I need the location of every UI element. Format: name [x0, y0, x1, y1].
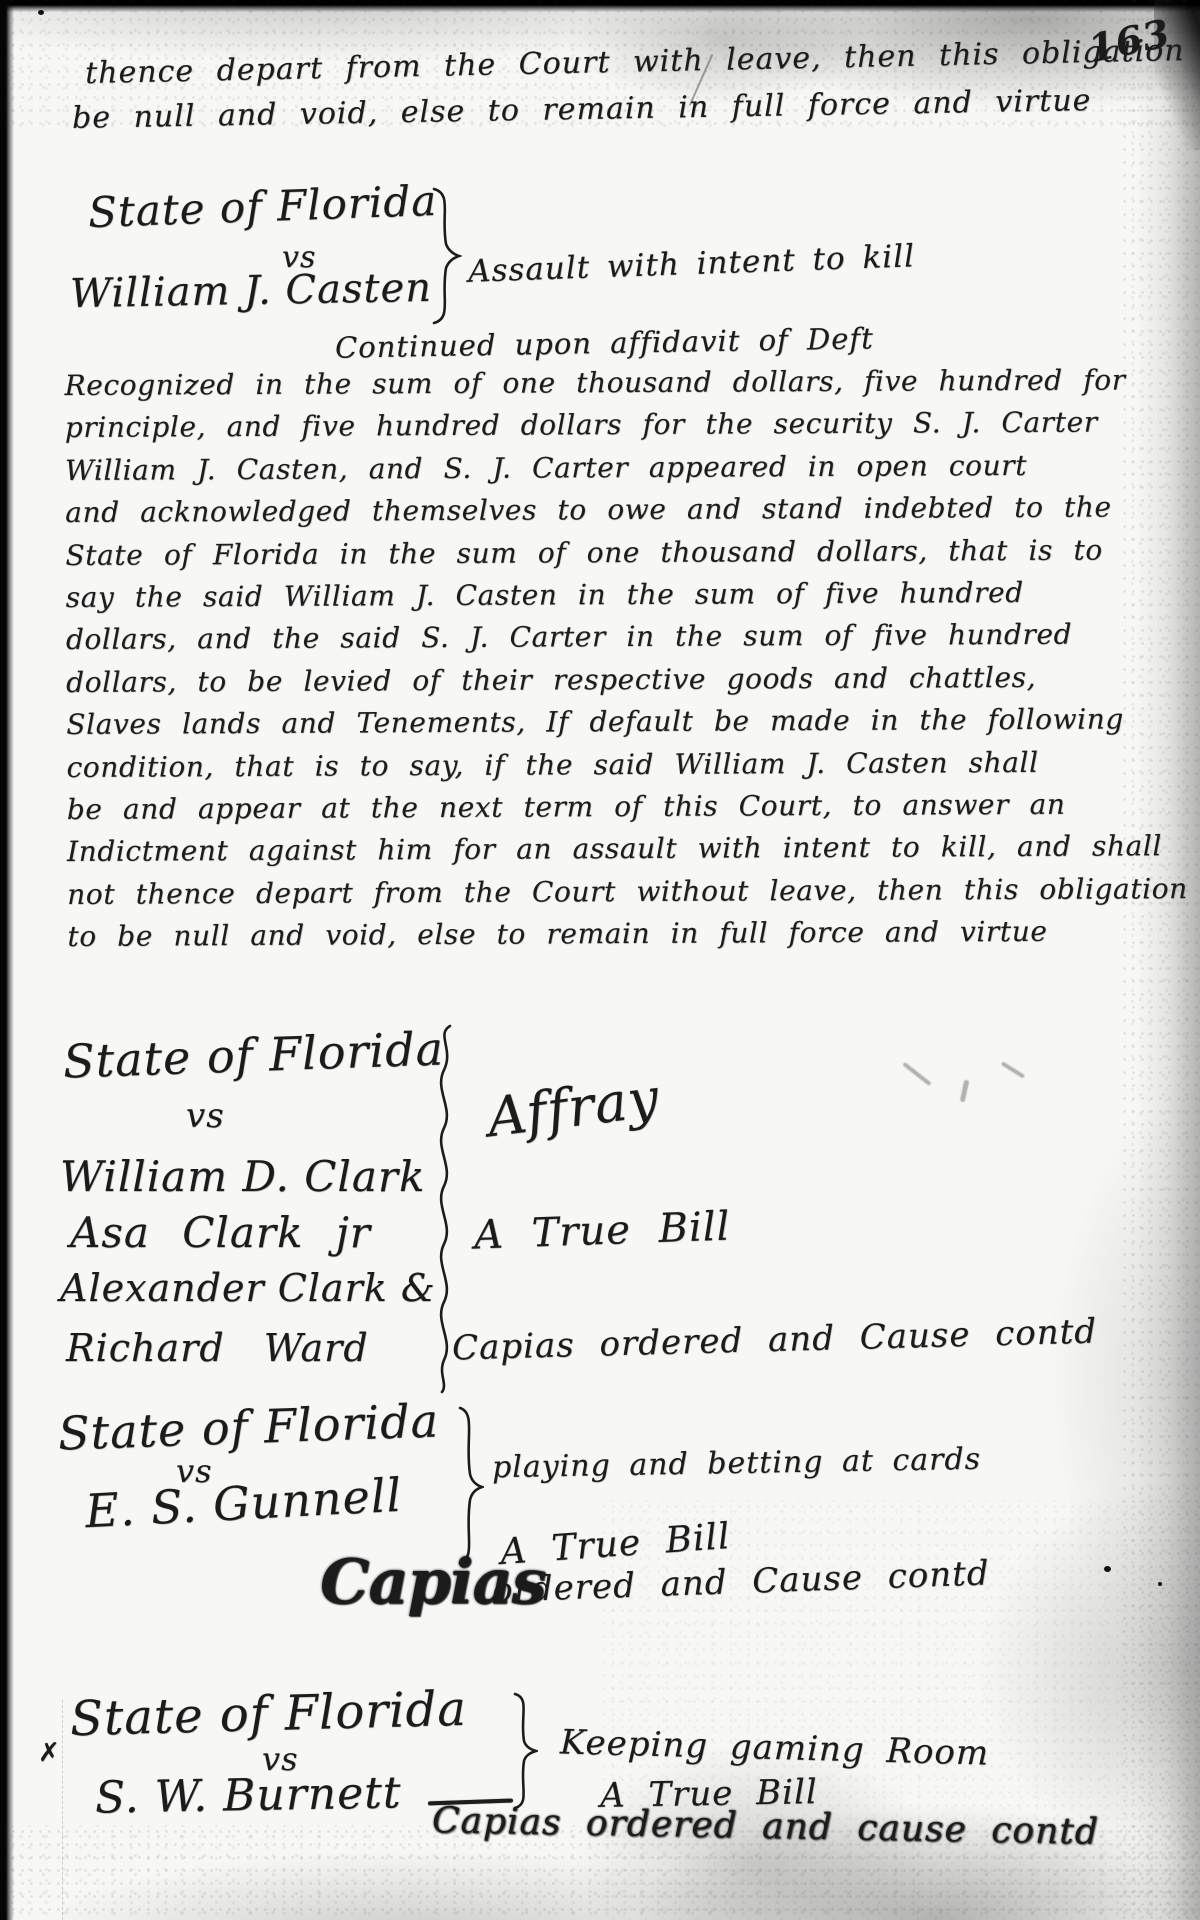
vs-label: vs [186, 1096, 225, 1136]
ink-speck [1104, 1566, 1111, 1572]
scan-edge-left [0, 0, 14, 1920]
handwritten-line: principle, and five hundred dollars for … [65, 401, 1195, 449]
case-title-line: William D. Clark [60, 1152, 425, 1201]
case-title-line: E. S. Gunnell [84, 1468, 404, 1539]
scan-edge-top [0, 0, 1200, 12]
handwritten-line: Slaves lands and Tenements, If default b… [66, 698, 1196, 746]
case-title-line: State of Florida [62, 1021, 445, 1088]
handwritten-line: say the said William J. Casten in the su… [66, 571, 1196, 619]
charge-label: Assault with intent to kill [468, 238, 916, 290]
case-title-line: S. W. Burnett [95, 1767, 402, 1823]
case-title-line: Asa Clark jr [70, 1208, 371, 1257]
case-title-line: Alexander Clark & [60, 1266, 436, 1310]
handwritten-line: be and appear at the next term of this C… [67, 783, 1197, 831]
case-title-line: State of Florida [57, 1393, 440, 1460]
pencil-mark [1001, 1061, 1025, 1078]
pencil-mark [960, 1080, 969, 1103]
curly-brace [508, 1692, 538, 1810]
case-title-line: William J. Casten [70, 265, 433, 317]
charge-label: Affray [484, 1066, 663, 1150]
curly-brace [452, 1406, 484, 1566]
charge-label: playing and betting at cards [492, 1442, 982, 1486]
finding-label: A True Bill [473, 1204, 731, 1259]
handwritten-line: dollars, to be levied of their respectiv… [66, 656, 1196, 704]
scanned-court-record-page: 163 thence depart from the Court with le… [0, 0, 1200, 1920]
charge-label: Keeping gaming Room [560, 1722, 990, 1773]
handwritten-line: William J. Casten, and S. J. Carter appe… [65, 444, 1195, 492]
handwritten-line: not thence depart from the Court without… [67, 868, 1197, 916]
case-title-line: State of Florida [87, 176, 438, 237]
case-title-line: Richard Ward [66, 1326, 369, 1370]
handwritten-line: condition, that is to say, if the said W… [66, 741, 1196, 789]
handwritten-line: be null and void, else to remain in full… [72, 83, 1092, 136]
handwritten-line: Indictment against him for an assault wi… [67, 826, 1197, 874]
handwritten-line: to be null and void, else to remain in f… [67, 910, 1197, 958]
case-body-paragraph: Recognized in the sum of one thousand do… [64, 359, 1197, 959]
pencil-mark [902, 1062, 931, 1086]
case-note: Continued upon affidavit of Deft [335, 321, 874, 364]
order-label: Capias ordered and Cause contd [452, 1312, 1098, 1369]
ink-speck [38, 10, 44, 15]
order-label: Capias ordered and cause contd [432, 1800, 1100, 1853]
paper-crease [62, 1700, 63, 1920]
handwritten-line: thence depart from the Court with leave,… [85, 32, 1200, 91]
margin-x-mark: ✗ [38, 1738, 61, 1768]
handwritten-line: dollars, and the said S. J. Carter in th… [66, 613, 1196, 661]
handwritten-line: and acknowledged themselves to owe and s… [65, 486, 1195, 534]
handwritten-line: State of Florida in the sum of one thous… [65, 529, 1195, 577]
case-title-line: State of Florida [69, 1681, 467, 1747]
paper-grain-right [1120, 0, 1200, 1920]
curly-brace [428, 186, 462, 326]
ink-speck [1158, 1582, 1162, 1586]
handwritten-line: Recognized in the sum of one thousand do… [64, 359, 1194, 407]
